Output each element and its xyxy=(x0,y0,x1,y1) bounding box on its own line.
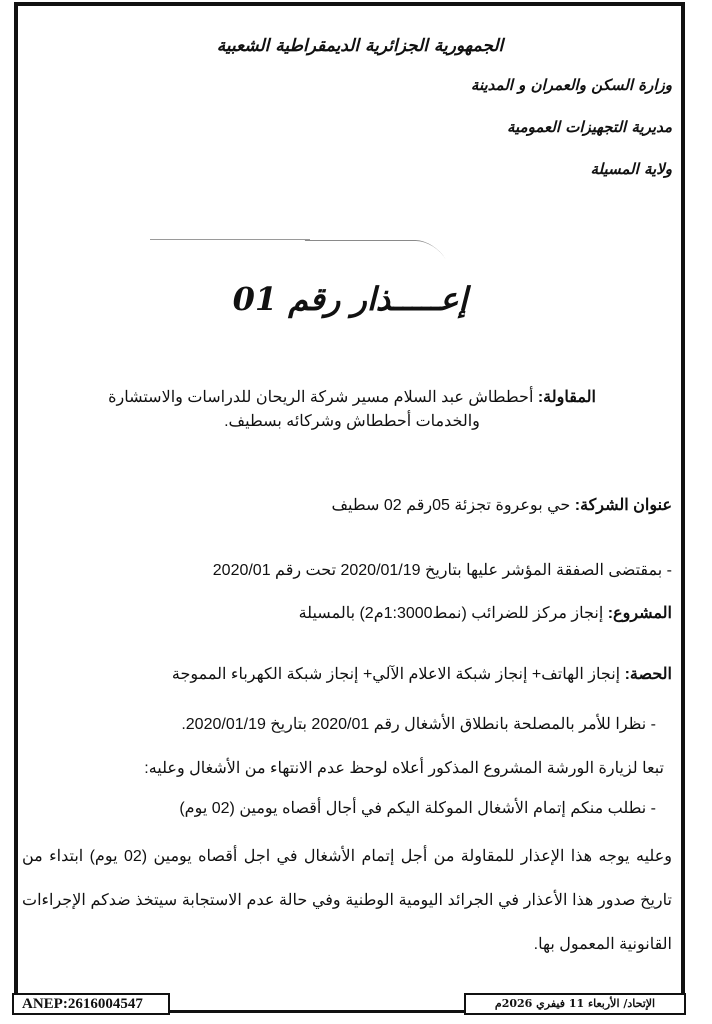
project-value: إنجاز مركز للضرائب (نمط1:3000م2) بالمسيل… xyxy=(299,605,604,622)
project-label: المشروع: xyxy=(608,605,672,622)
contractor-block: المقاولة: أحططاش عبد السلام مسير شركة ال… xyxy=(102,386,602,434)
company-address-label: عنوان الشركة: xyxy=(575,497,672,514)
closing-paragraph: وعليه يوجه هذا الإعذار للمقاولة من أجل إ… xyxy=(22,835,672,967)
notice-title: إعـــــذار رقم 01 xyxy=(200,280,500,318)
contractor-label: المقاولة: xyxy=(538,389,596,406)
republic-heading: الجمهورية الجزائرية الديمقراطية الشعبية xyxy=(180,36,540,56)
frame-bottom-rule xyxy=(170,1010,470,1013)
contractor-value: أحططاش عبد السلام مسير شركة الريحان للدر… xyxy=(108,389,533,430)
ministry-name: وزارة السكن والعمران و المدينة xyxy=(471,76,672,94)
directorate-name: مديرية التجهيزات العمومية xyxy=(507,118,672,136)
request-line: - نطلب منكم إتمام الأشغال الموكلة اليكم … xyxy=(179,798,656,818)
lot-value: إنجاز الهاتف+ إنجاز شبكة الاعلام الآلي+ … xyxy=(172,666,620,683)
deal-reference: - بمقتضى الصفقة المؤشر عليها بتاريخ 2020… xyxy=(213,560,672,580)
company-address: عنوان الشركة: حي بوعروة تجزئة 05رقم 02 س… xyxy=(331,495,672,515)
fold-line-curve xyxy=(305,240,446,259)
site-visit-line: تبعا لزيارة الورشة المشروع المذكور أعلاه… xyxy=(144,758,664,778)
company-address-value: حي بوعروة تجزئة 05رقم 02 سطيف xyxy=(331,497,570,514)
lot: الحصة: إنجاز الهاتف+ إنجاز شبكة الاعلام … xyxy=(172,664,672,684)
province-name: ولاية المسيلة xyxy=(590,160,672,178)
service-order-line: - نظرا للأمر بالمصلحة بانطلاق الأشغال رق… xyxy=(181,714,656,734)
lot-label: الحصة: xyxy=(625,666,672,683)
publication-date: الإتحاد/ الأربعاء 11 فيفري 2026م xyxy=(464,993,686,1015)
anep-reference: ANEP:2616004547 xyxy=(12,993,170,1015)
project: المشروع: إنجاز مركز للضرائب (نمط1:3000م2… xyxy=(299,603,672,623)
fold-line xyxy=(150,239,310,240)
